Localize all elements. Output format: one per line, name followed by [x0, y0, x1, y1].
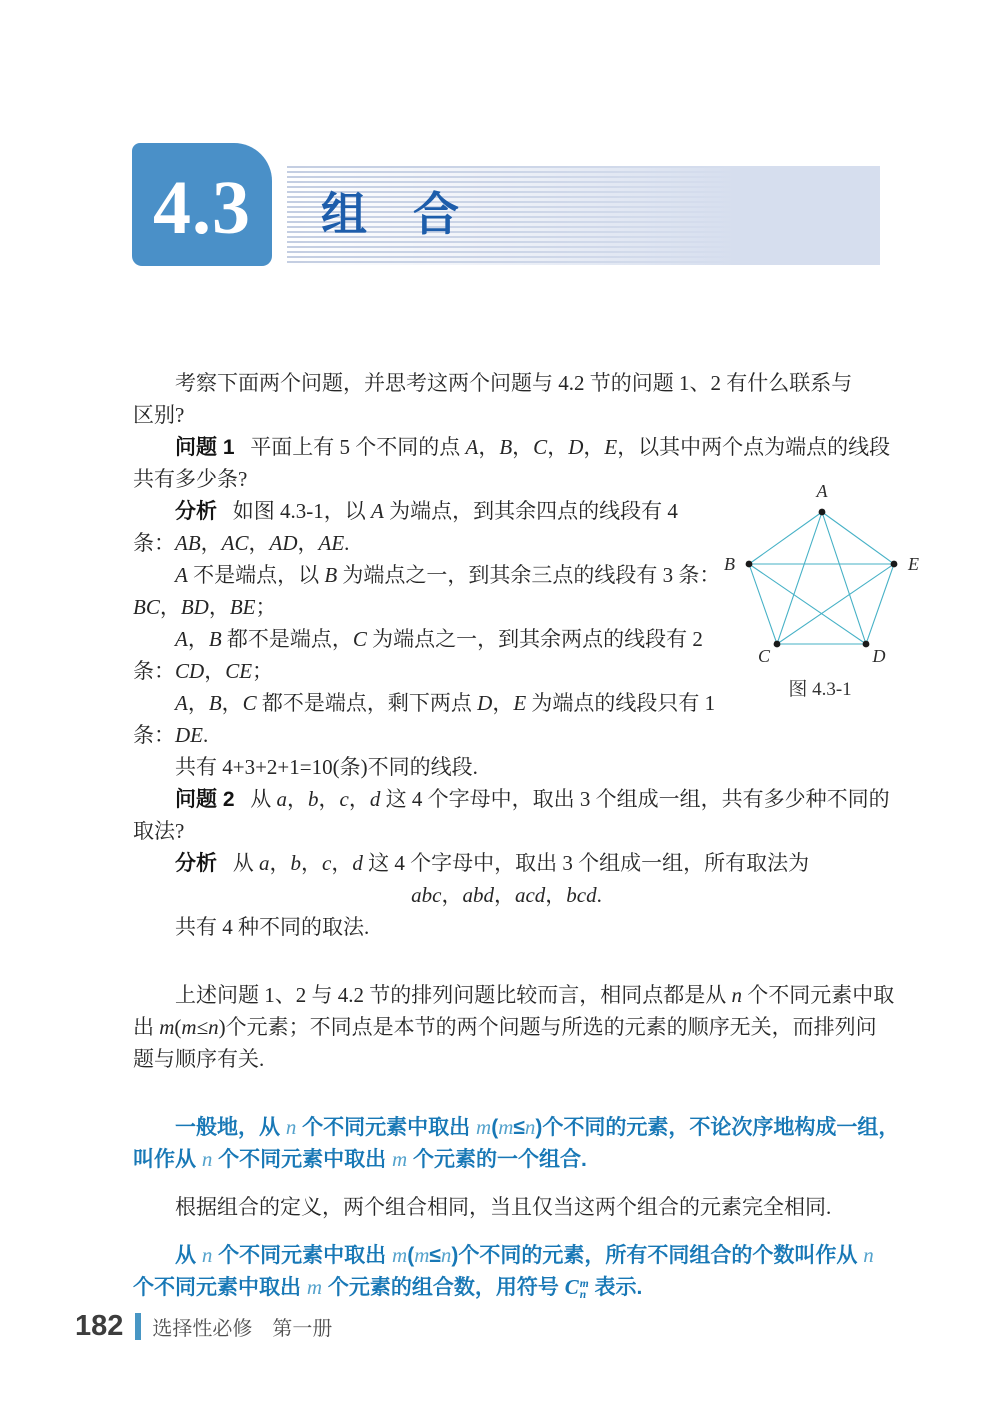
text-run: 共有 4 种不同的取法. — [175, 915, 369, 939]
vertex-point-B — [746, 561, 753, 568]
text-run: 条：AB，AC，AD，AE. — [133, 531, 349, 555]
vertex-label-C: C — [758, 646, 771, 666]
text-line: 取法? — [133, 815, 880, 847]
segment-CE — [777, 564, 894, 644]
text-run: 从 a，b，c，d 这 4 个字母中，取出 3 个组成一组，所有取法为 — [233, 851, 809, 875]
text-run: 条：CD，CE； — [133, 659, 273, 683]
segment-BD — [749, 564, 866, 644]
textbook-page: 4.3 组 合 考察下面两个问题，并思考这两个问题与 4.2 节的问题 1、2 … — [0, 0, 1000, 1422]
text-line: 问题 1平面上有 5 个不同的点 A，B，C，D，E，以其中两个点为端点的线段 — [133, 431, 880, 463]
text-run: 从 a，b，c，d 这 4 个字母中，取出 3 个组成一组，共有多少种不同的 — [250, 787, 889, 811]
text-run: A，B 都不是端点，C 为端点之一，到其余两点的线段有 2 — [175, 627, 703, 651]
text-run: A，B，C 都不是端点，剩下两点 D，E 为端点的线段只有 1 — [175, 691, 715, 715]
text-line: 条：DE. — [133, 719, 880, 751]
section-number-box: 4.3 — [132, 143, 272, 266]
text-run: 取法? — [133, 819, 184, 843]
segment-AE — [822, 512, 894, 564]
paragraph-label: 问题 2 — [175, 788, 235, 811]
text-line: 共有 4+3+2+1=10(条)不同的线段. — [133, 751, 880, 783]
text-run: 从 n 个不同元素中取出 m(m≤n)个不同的元素，所有不同组合的个数叫作从 n — [175, 1244, 874, 1267]
text-run: 上述问题 1、2 与 4.2 节的排列问题比较而言，相同点都是从 n 个不同元素… — [175, 983, 894, 1007]
complete-graph-figure: ABECD — [715, 478, 925, 670]
text-line: 个不同元素中取出 m 个元素的组合数，用符号 Cmn 表示. — [133, 1271, 880, 1303]
vertex-label-A: A — [816, 481, 829, 501]
page-number: 182 — [75, 1310, 123, 1343]
vertex-label-D: D — [872, 646, 886, 666]
segment-AB — [749, 512, 822, 564]
vertex-point-D — [863, 641, 870, 648]
text-line: 一般地，从 n 个不同元素中取出 m(m≤n)个不同的元素，不论次序地构成一组， — [133, 1111, 880, 1143]
vertex-point-A — [819, 509, 826, 516]
text-run: 共有 4+3+2+1=10(条)不同的线段. — [175, 755, 478, 779]
book-title: 选择性必修 第一册 — [152, 1312, 332, 1341]
text-run: 出 m(m≤n)个元素；不同点是本节的两个问题与所选的元素的顺序无关，而排列问 — [133, 1015, 877, 1039]
paragraph-label: 分析 — [175, 852, 217, 875]
page-footer: 182 选择性必修 第一册 — [75, 1310, 332, 1343]
text-run: A 不是端点，以 B 为端点之一，到其余三点的线段有 3 条： — [175, 563, 720, 587]
text-run: 叫作从 n 个不同元素中取出 m 个元素的一个组合. — [133, 1148, 587, 1171]
text-line: 出 m(m≤n)个元素；不同点是本节的两个问题与所选的元素的顺序无关，而排列问 — [133, 1011, 880, 1043]
vertex-label-B: B — [724, 554, 735, 574]
paragraph-label: 分析 — [175, 500, 217, 523]
vertex-point-E — [891, 561, 898, 568]
text-line: 共有 4 种不同的取法. — [133, 911, 880, 943]
text-run: 共有多少条? — [133, 467, 247, 491]
text-run: 条：DE. — [133, 723, 208, 747]
text-line: 上述问题 1、2 与 4.2 节的排列问题比较而言，相同点都是从 n 个不同元素… — [133, 979, 880, 1011]
text-line: 问题 2从 a，b，c，d 这 4 个字母中，取出 3 个组成一组，共有多少种不… — [133, 783, 880, 815]
section-title-banner: 组 合 — [287, 166, 880, 265]
text-run: abc，abd，acd，bcd. — [411, 883, 602, 907]
text-line: 区别? — [133, 399, 880, 431]
text-line: 叫作从 n 个不同元素中取出 m 个元素的一个组合. — [133, 1143, 880, 1175]
text-run: 一般地，从 n 个不同元素中取出 m(m≤n)个不同的元素，不论次序地构成一组， — [175, 1116, 899, 1139]
paragraph-label: 问题 1 — [175, 436, 235, 459]
text-line: 考察下面两个问题，并思考这两个问题与 4.2 节的问题 1、2 有什么联系与 — [133, 367, 880, 399]
text-run: 如图 4.3-1，以 A 为端点，到其余四点的线段有 4 — [233, 499, 678, 523]
text-run: 题与顺序有关. — [133, 1047, 264, 1071]
text-line: 根据组合的定义，两个组合相同，当且仅当这两个组合的元素完全相同. — [133, 1191, 880, 1223]
text-run: 根据组合的定义，两个组合相同，当且仅当这两个组合的元素完全相同. — [175, 1195, 831, 1219]
segment-AC — [777, 512, 822, 644]
text-line: 分析从 a，b，c，d 这 4 个字母中，取出 3 个组成一组，所有取法为 — [133, 847, 880, 879]
vertex-label-E: E — [907, 554, 919, 574]
figure-caption: 图 4.3-1 — [715, 674, 925, 701]
text-line: 从 n 个不同元素中取出 m(m≤n)个不同的元素，所有不同组合的个数叫作从 n — [133, 1239, 880, 1271]
text-run: 考察下面两个问题，并思考这两个问题与 4.2 节的问题 1、2 有什么联系与 — [175, 371, 852, 395]
vertex-point-C — [774, 641, 781, 648]
combination-number-symbol: Cmn — [565, 1275, 589, 1299]
segment-DE — [866, 564, 894, 644]
text-run: 个不同元素中取出 m 个元素的组合数，用符号 Cmn 表示. — [133, 1276, 642, 1299]
section-title: 组 合 — [321, 190, 459, 241]
text-run: BC，BD，BE； — [133, 595, 277, 619]
segment-AD — [822, 512, 866, 644]
text-line: abc，abd，acd，bcd. — [133, 879, 880, 911]
text-run: 平面上有 5 个不同的点 A，B，C，D，E，以其中两个点为端点的线段 — [250, 435, 890, 459]
section-number: 4.3 — [153, 164, 251, 246]
footer-divider-bar — [135, 1313, 141, 1340]
text-line: 题与顺序有关. — [133, 1043, 880, 1075]
text-run: 区别? — [133, 403, 184, 427]
segment-BC — [749, 564, 777, 644]
